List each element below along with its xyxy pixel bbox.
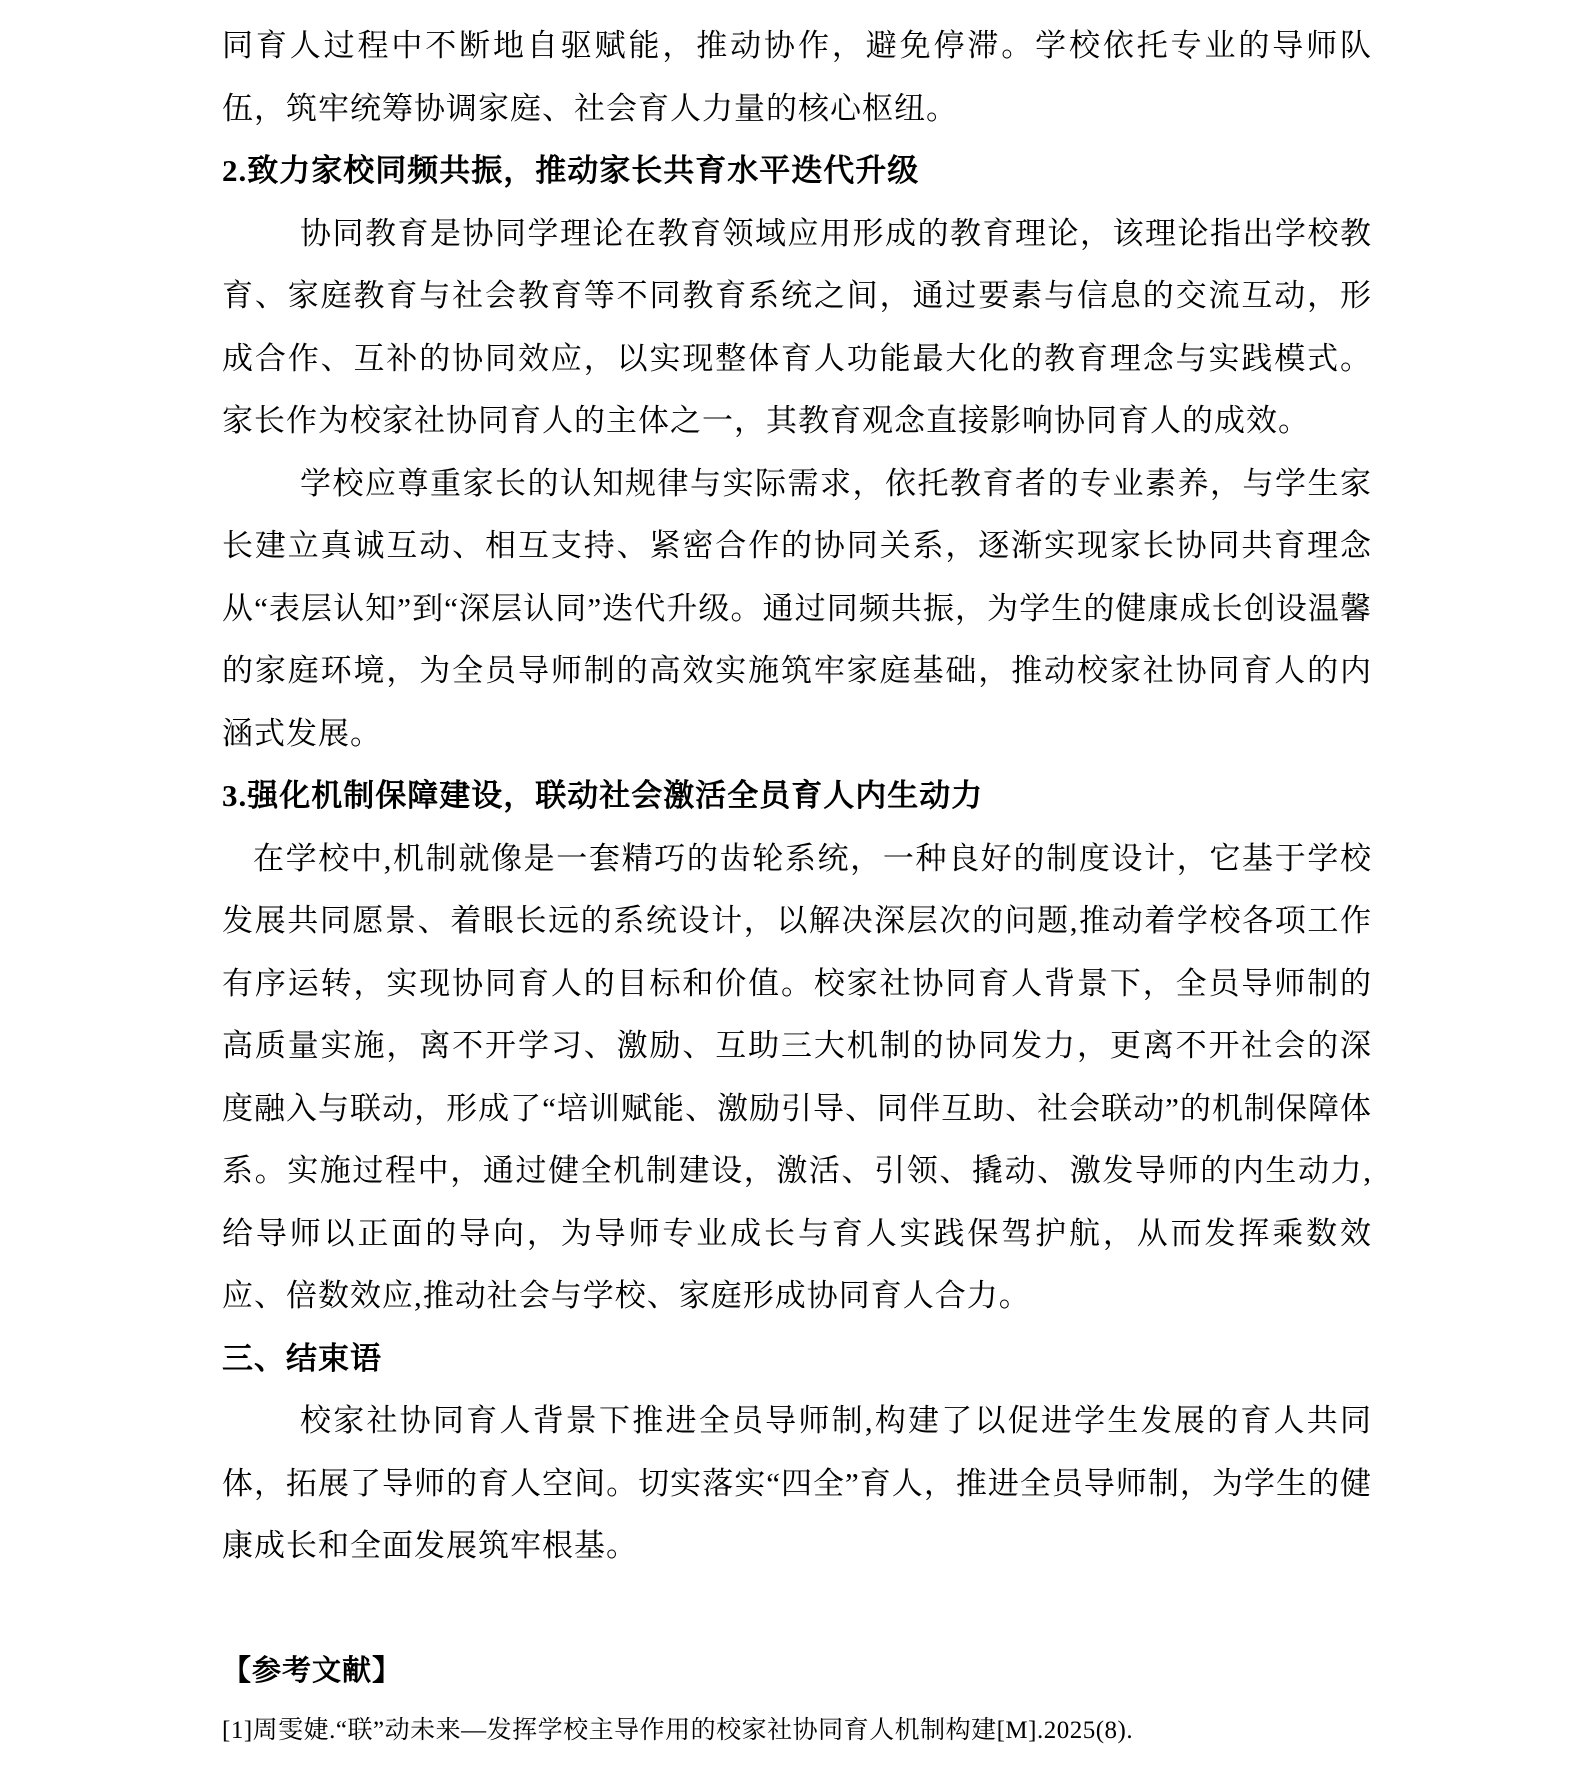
section-heading-3: 3.强化机制保障建设，联动社会激活全员育人内生动力 — [222, 765, 1372, 828]
document-page: 同育人过程中不断地自驱赋能，推动协作，避免停滞。学校依托专业的导师队伍，筑牢统筹… — [0, 0, 1587, 1773]
section2-paragraph-2: 学校应尊重家长的认知规律与实际需求，依托教育者的专业素养，与学生家长建立真诚互动… — [222, 453, 1372, 766]
document-body: 同育人过程中不断地自驱赋能，推动协作，避免停滞。学校依托专业的导师队伍，筑牢统筹… — [222, 15, 1372, 1578]
references-heading: 【参考文献】 — [222, 1640, 1372, 1702]
continued-paragraph: 同育人过程中不断地自驱赋能，推动协作，避免停滞。学校依托专业的导师队伍，筑牢统筹… — [222, 15, 1372, 140]
section-heading-2: 2.致力家校同频共振，推动家长共育水平迭代升级 — [222, 140, 1372, 203]
section2-paragraph-1: 协同教育是协同学理论在教育领域应用形成的教育理论，该理论指出学校教育、家庭教育与… — [222, 203, 1372, 453]
conclusion-paragraph-1: 校家社协同育人背景下推进全员导师制,构建了以促进学生发展的育人共同体，拓展了导师… — [222, 1390, 1372, 1578]
section3-paragraph-1: 在学校中,机制就像是一套精巧的齿轮系统，一种良好的制度设计，它基于学校发展共同愿… — [222, 828, 1372, 1328]
reference-item-1: [1]周雯婕.“联”动未来—发挥学校主导作用的校家社协同育人机制构建[M].20… — [222, 1702, 1372, 1760]
references-section: 【参考文献】 [1]周雯婕.“联”动未来—发挥学校主导作用的校家社协同育人机制构… — [222, 1640, 1372, 1760]
conclusion-heading: 三、结束语 — [222, 1328, 1372, 1391]
